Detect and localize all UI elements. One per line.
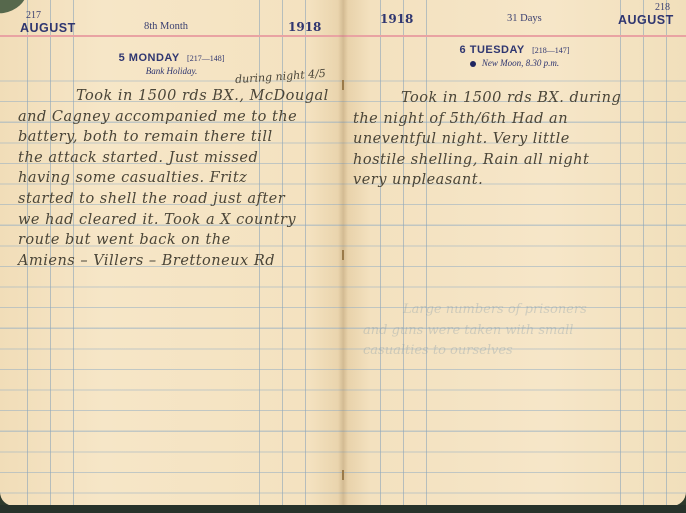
- bleed-through-text: Large numbers of prisoners and guns were…: [363, 300, 587, 362]
- year-heading: 1918: [380, 12, 413, 26]
- bleed-line: casualties to ourselves: [363, 341, 587, 362]
- entry-line: uneventful night. Very little: [353, 129, 621, 150]
- entry-line: Took in 1500 rds BX. during: [353, 88, 621, 109]
- bleed-line: and guns were taken with small: [363, 321, 587, 342]
- header-red-rule: [343, 35, 686, 37]
- new-moon-icon: [470, 61, 476, 67]
- header-red-rule: [0, 35, 343, 37]
- right-page: 1918 31 Days 218 AUGUST 6 TUESDAY [218—1…: [343, 0, 686, 506]
- day-number: 6: [460, 44, 467, 56]
- entry-line: the attack started. Just missed: [18, 148, 329, 169]
- month-ordinal: 8th Month: [144, 21, 188, 32]
- day-heading: 6 TUESDAY [218—147]: [343, 44, 686, 56]
- column-rule: [426, 0, 427, 506]
- left-page: 217 AUGUST 8th Month 1918 5 MONDAY [217—…: [0, 0, 343, 506]
- binding-stitch: [342, 80, 344, 90]
- entry-line: the night of 5th/6th Had an: [353, 109, 621, 130]
- binding-stitch: [342, 470, 344, 480]
- days-in-month: 31 Days: [507, 13, 542, 24]
- entry-line: route but went back on the: [18, 230, 329, 251]
- entry-line: and Cagney accompanied me to the: [18, 107, 329, 128]
- entry-line: Took in 1500 rds BX., McDougal: [18, 86, 329, 107]
- entry-line: very unpleasant.: [353, 170, 621, 191]
- day-range: [217—148]: [187, 54, 224, 63]
- binding-stitch: [342, 250, 344, 260]
- year-heading: 1918: [288, 20, 321, 34]
- entry-line: we had cleared it. Took a X country: [18, 210, 329, 231]
- day-range: [218—147]: [532, 46, 569, 55]
- column-rule: [666, 0, 667, 506]
- column-rule: [620, 0, 621, 506]
- day-name: TUESDAY: [470, 44, 525, 56]
- month-heading: AUGUST: [618, 13, 674, 27]
- book-cover-edge: [0, 505, 686, 513]
- column-rule: [643, 0, 644, 506]
- day-note-text: New Moon, 8.30 p.m.: [482, 58, 559, 68]
- page-number: 218: [655, 2, 670, 13]
- day-number: 5: [119, 52, 126, 64]
- entry-line: having some casualties. Fritz: [18, 168, 329, 189]
- diary-entry: Took in 1500 rds BX., McDougal and Cagne…: [18, 86, 329, 271]
- entry-line: battery, both to remain there till: [18, 127, 329, 148]
- page-number: 217: [26, 10, 41, 21]
- diary-entry: Took in 1500 rds BX. during the night of…: [353, 88, 621, 191]
- entry-line: started to shell the road just after: [18, 189, 329, 210]
- entry-line: hostile shelling, Rain all night: [353, 150, 621, 171]
- diary-spread: 217 AUGUST 8th Month 1918 5 MONDAY [217—…: [0, 0, 686, 513]
- column-rule: [403, 0, 404, 506]
- column-rule: [380, 0, 381, 506]
- entry-line: Amiens – Villers – Brettoneux Rd: [18, 251, 329, 272]
- day-note: New Moon, 8.30 p.m.: [343, 58, 686, 68]
- day-name: MONDAY: [129, 52, 180, 64]
- month-heading: AUGUST: [20, 21, 76, 35]
- day-heading: 5 MONDAY [217—148]: [0, 52, 343, 64]
- bleed-line: Large numbers of prisoners: [363, 300, 587, 321]
